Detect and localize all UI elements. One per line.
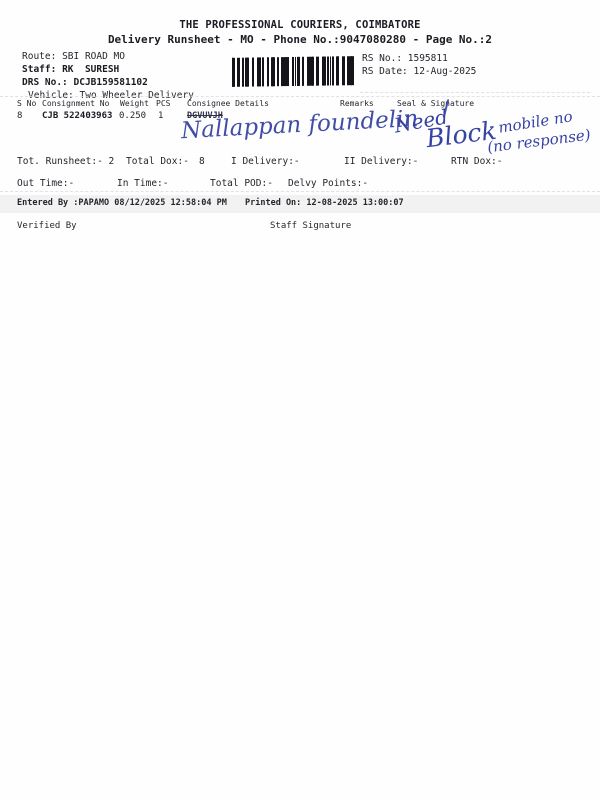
staff-value: RK SURESH bbox=[62, 64, 119, 75]
out-time: Out Time:- bbox=[17, 179, 74, 189]
col-header-consignment: Consignment No bbox=[42, 100, 109, 109]
scan-artifact-line bbox=[360, 92, 590, 93]
printed-on: Printed On: 12-08-2025 13:00:07 bbox=[245, 199, 404, 208]
staff-label: Staff: bbox=[22, 64, 56, 75]
staff-signature: Staff Signature bbox=[270, 222, 351, 232]
row-consignment-no: CJB 522403963 bbox=[42, 112, 112, 122]
tot-runsheet: Tot. Runsheet:- 2 bbox=[17, 157, 114, 167]
rs-date: RS Date: 12-Aug-2025 bbox=[362, 67, 476, 77]
route-value: SBI ROAD MO bbox=[62, 51, 125, 62]
total-pod: Total POD:- bbox=[210, 179, 273, 189]
col-header-sno: S No bbox=[17, 100, 36, 109]
col-header-pcs: PCS bbox=[156, 100, 170, 109]
route-line: Route: SBI ROAD MO bbox=[22, 52, 125, 62]
row-pcs: 1 bbox=[158, 112, 163, 122]
total-dox-value: 8 bbox=[199, 157, 205, 167]
document-title: THE PROFESSIONAL COURIERS, COIMBATORE bbox=[0, 20, 600, 32]
col-header-consignee: Consignee Details bbox=[187, 100, 269, 109]
barcode-icon bbox=[232, 56, 356, 87]
document-subtitle: Delivery Runsheet - MO - Phone No.:90470… bbox=[0, 34, 600, 46]
drs-label: DRS No.: bbox=[22, 77, 68, 88]
row-sno: 8 bbox=[17, 112, 22, 122]
total-dox-label: Total Dox:- bbox=[126, 157, 189, 167]
ii-delivery: II Delivery:- bbox=[344, 157, 418, 167]
row-weight: 0.250 bbox=[119, 112, 146, 122]
route-label: Route: bbox=[22, 51, 56, 62]
scan-artifact-line bbox=[0, 191, 600, 192]
drs-value: DCJB159581102 bbox=[74, 77, 148, 88]
staff-line: Staff: RK SURESH bbox=[22, 65, 119, 75]
verified-by: Verified By bbox=[17, 222, 77, 232]
col-header-weight: Weight bbox=[120, 100, 149, 109]
delivery-runsheet-document: THE PROFESSIONAL COURIERS, COIMBATORE De… bbox=[0, 0, 600, 800]
rtn-dox: RTN Dox:- bbox=[451, 157, 502, 167]
delvy-points: Delvy Points:- bbox=[288, 179, 368, 189]
rs-no: RS No.: 1595811 bbox=[362, 54, 448, 64]
drs-line: DRS No.: DCJB159581102 bbox=[22, 78, 148, 88]
in-time: In Time:- bbox=[117, 179, 168, 189]
scan-artifact-line bbox=[0, 96, 600, 97]
entered-by: Entered By :PAPAMO 08/12/2025 12:58:04 P… bbox=[17, 199, 227, 208]
i-delivery: I Delivery:- bbox=[231, 157, 300, 167]
